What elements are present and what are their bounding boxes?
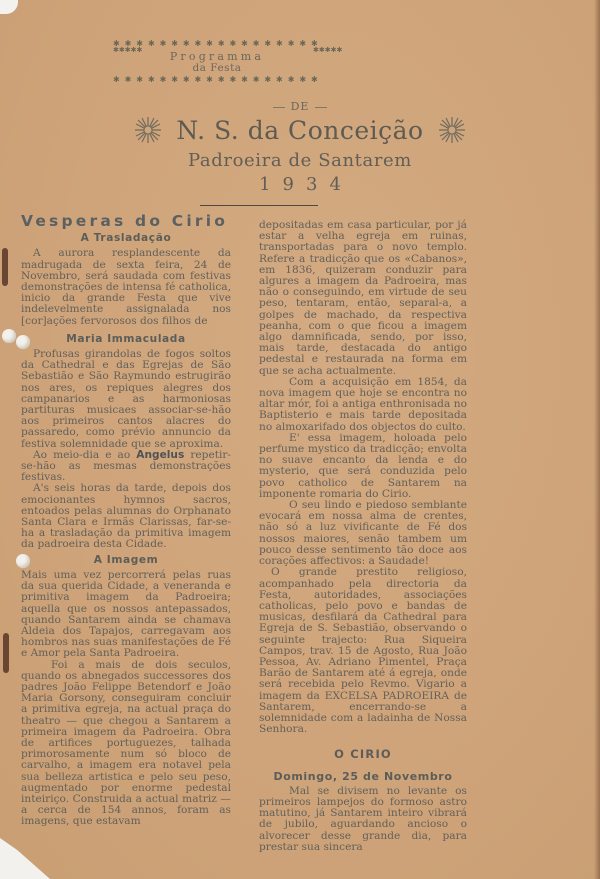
- binding-string: [3, 633, 9, 673]
- paragraph: Foi a mais de dois seculos, quando os ab…: [21, 660, 231, 828]
- page-subtitle: Padroeira de Santarem: [0, 150, 600, 171]
- binding-hole: [2, 329, 16, 343]
- subheading-maria-immaculada: Maria Immaculada: [21, 334, 231, 345]
- subheading-date: Domingo, 25 de Novembro: [259, 771, 467, 782]
- paragraph: Mal se divisem no levante os primeiros l…: [259, 786, 467, 853]
- section-title-vesperas: Vesperas do Cirio: [21, 216, 231, 227]
- subheading-trasladacao: A Trasladação: [21, 233, 231, 244]
- paragraph: Mais uma vez percorrerá pelas ruas da su…: [21, 570, 231, 660]
- sunburst-icon: [437, 115, 467, 145]
- torn-corner-bottom-left: [0, 838, 50, 879]
- ornament-border-top: ✱ ✱ ✱ ✱ ✱ ✱ ✱ ✱ ✱ ✱ ✱ ✱ ✱ ✱ ✱ ✱ ✱ ✱ ✱ ✱ …: [113, 40, 321, 48]
- header-divider: [200, 205, 318, 206]
- subheading-a-imagem: A Imagem: [21, 555, 231, 566]
- paragraph: Com a acquisição em 1854, da nova imagem…: [259, 377, 467, 433]
- angelus-bold: Angelus: [136, 449, 184, 461]
- paragraph: O grande prestito religioso, acompanhado…: [259, 567, 467, 735]
- paragraph: depositadas em casa particular, por já e…: [259, 220, 467, 377]
- paragraph: Profusas girandolas de fogos soltos da C…: [21, 349, 231, 450]
- header-de: DE: [0, 100, 600, 113]
- paragraph: A's seis horas da tarde, depois dos emoc…: [21, 483, 231, 550]
- document-page: ✱ ✱ ✱ ✱ ✱ ✱ ✱ ✱ ✱ ✱ ✱ ✱ ✱ ✱ ✱ ✱ ✱ ✱ ✱ ✱ …: [0, 0, 600, 879]
- programme-header-box: ✱ ✱ ✱ ✱ ✱ ✱ ✱ ✱ ✱ ✱ ✱ ✱ ✱ ✱ ✱ ✱ ✱ ✱ ✱ ✱ …: [113, 40, 321, 83]
- right-column: depositadas em casa particular, por já e…: [259, 220, 467, 853]
- title-row: N. S. da Conceição: [0, 115, 600, 145]
- binding-string: [2, 248, 8, 286]
- sunburst-icon: [133, 115, 163, 145]
- paragraph: O seu lindo e piedoso semblante evocará …: [259, 500, 467, 567]
- section-title-o-cirio: O CIRIO: [259, 749, 467, 760]
- text: Ao meio-dia e ao: [33, 449, 136, 461]
- paragraph: A aurora resplandescente da madrugada de…: [21, 248, 231, 326]
- paragraph: E' essa imagem, holoada pelo perfume mys…: [259, 433, 467, 500]
- paragraph-angelus: Ao meio-dia e ao Angelus repetir-se-hão …: [21, 450, 231, 484]
- torn-corner-top-left: [0, 0, 18, 14]
- left-column: Vesperas do Cirio A Trasladação A aurora…: [21, 212, 231, 828]
- page-year: 1934: [0, 174, 600, 195]
- ornament-border-bottom: ✱ ✱ ✱ ✱ ✱ ✱ ✱ ✱ ✱ ✱ ✱ ✱ ✱ ✱ ✱ ✱ ✱ ✱ ✱ ✱ …: [113, 76, 321, 84]
- header-da-festa: da Festa: [113, 62, 321, 74]
- page-title: N. S. da Conceição: [176, 116, 423, 145]
